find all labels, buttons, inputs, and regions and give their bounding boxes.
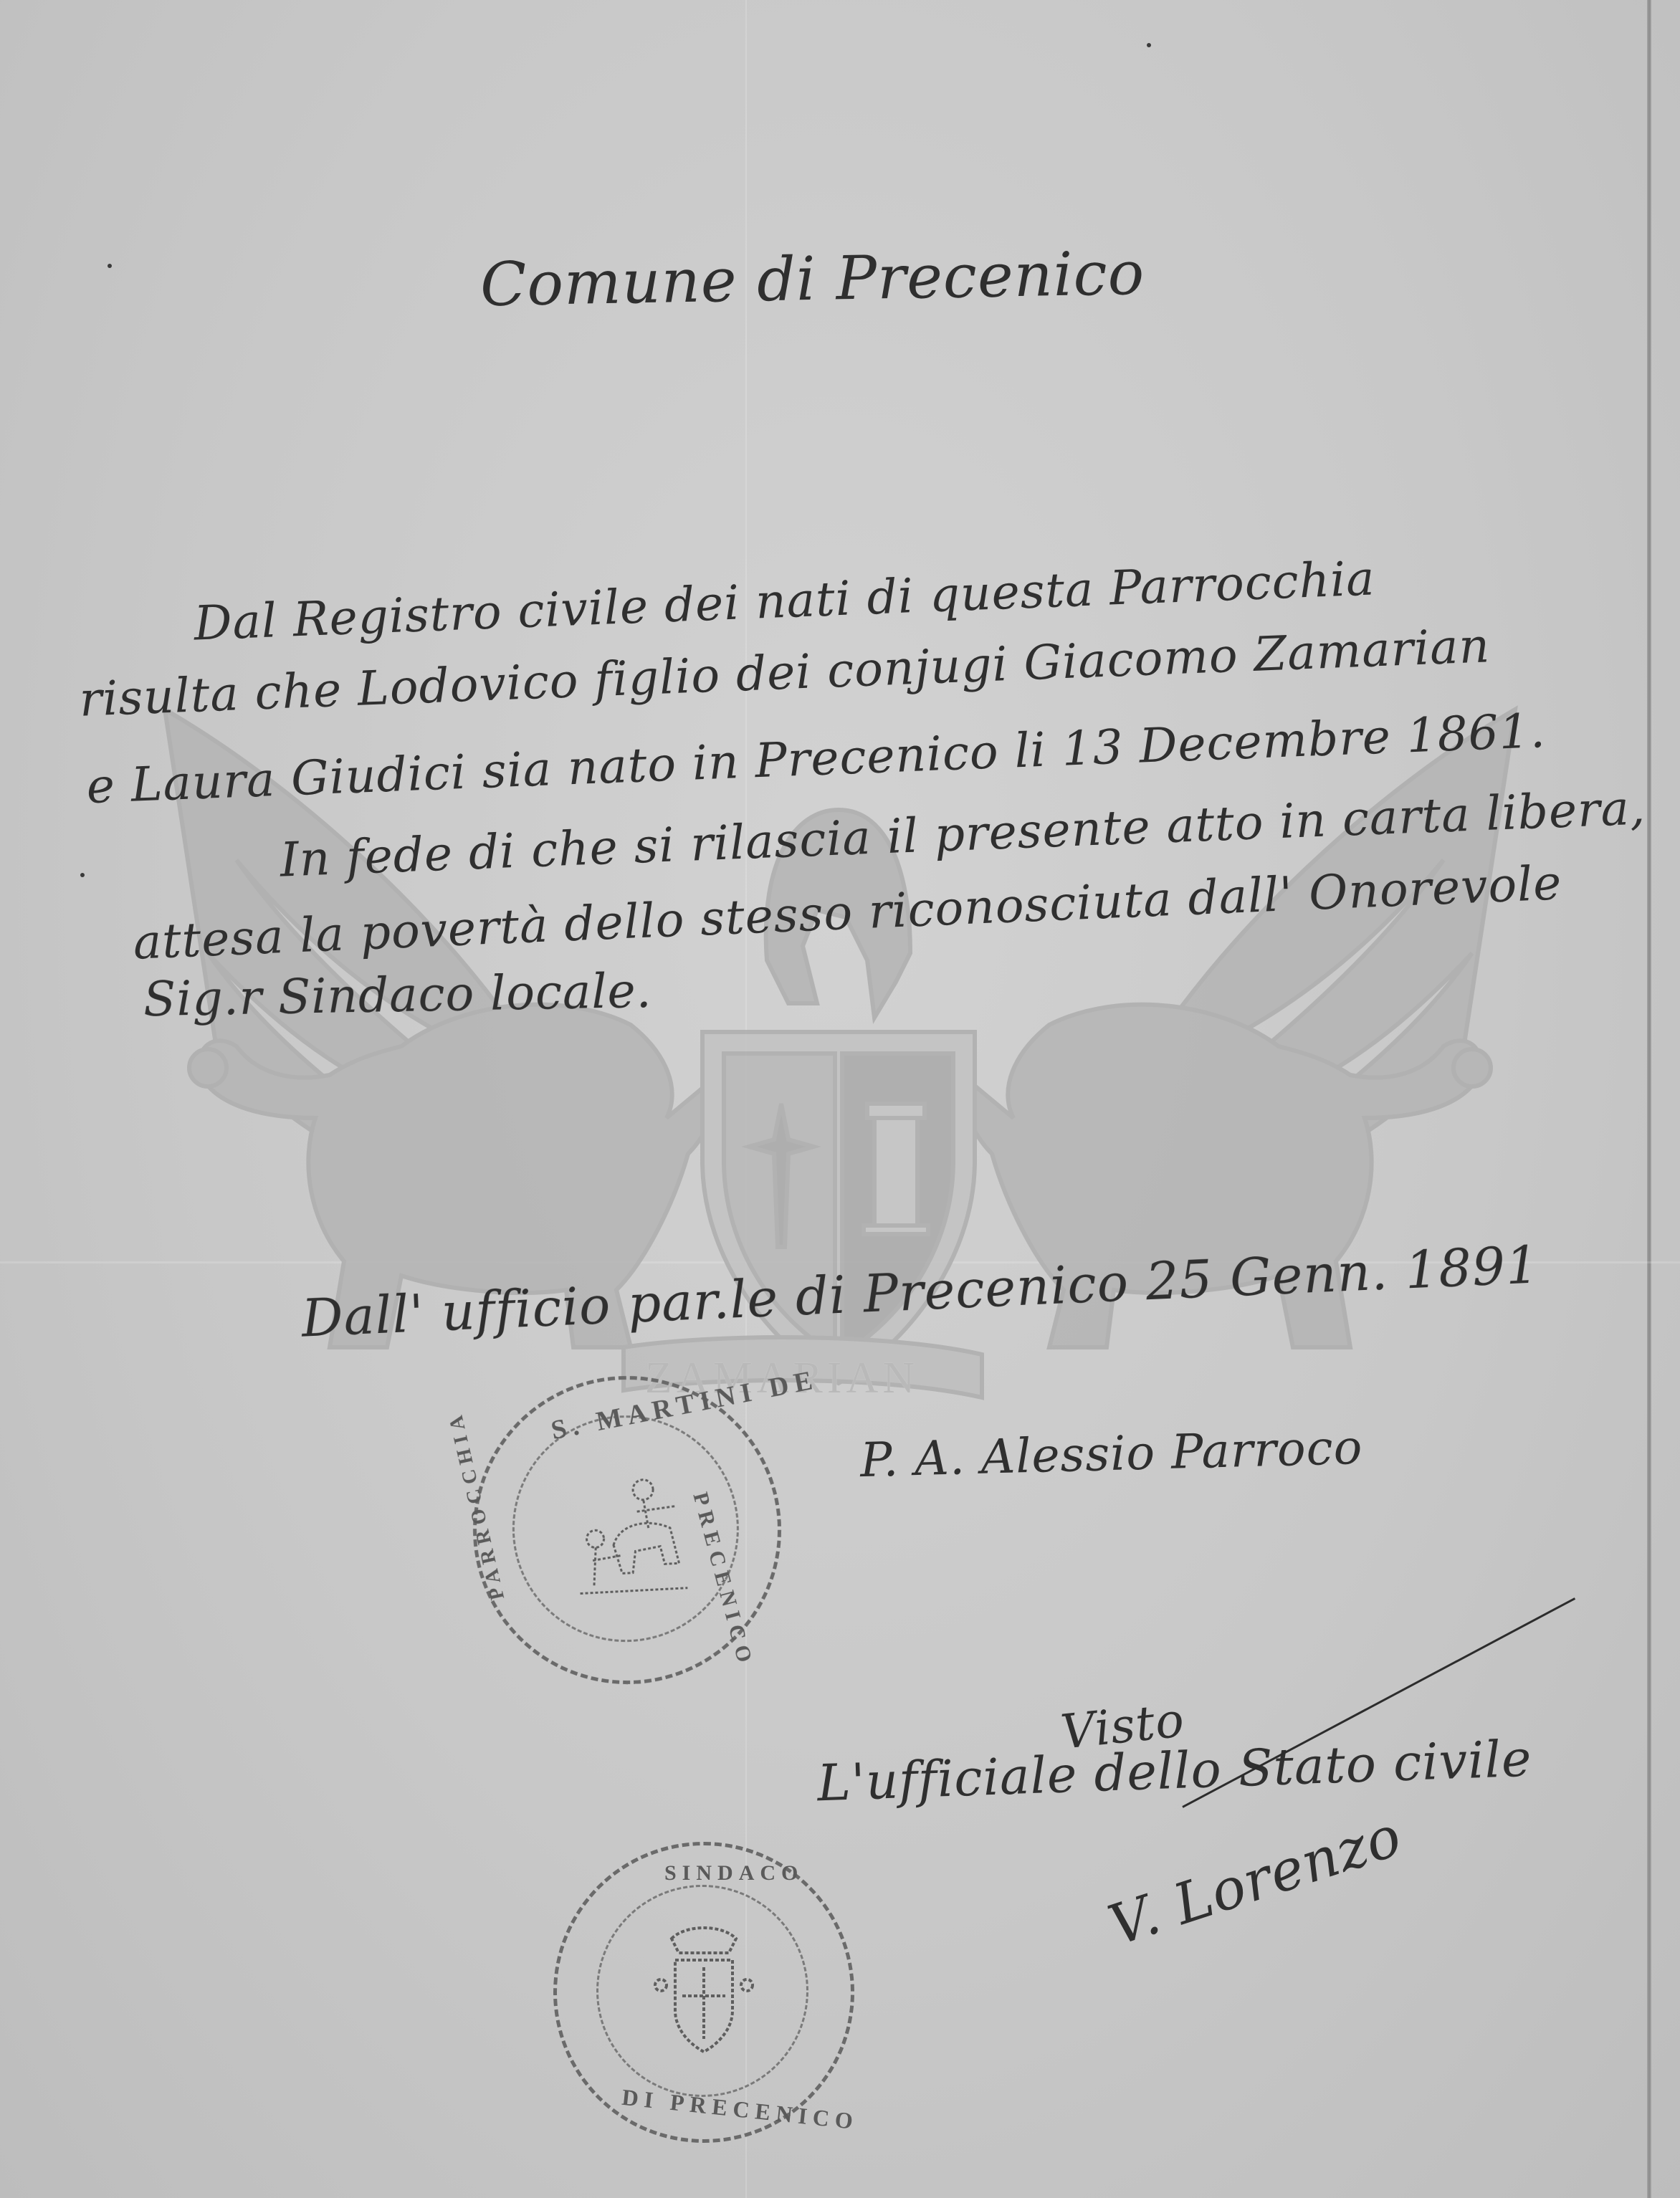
official-signature: V. Lorenzo — [1101, 1804, 1409, 1959]
ink-speck — [80, 873, 85, 877]
official-title: L'ufficiale dello Stato civile — [816, 1729, 1533, 1813]
crest-icon — [643, 1917, 765, 2060]
saint-martin-rider-icon — [566, 1455, 695, 1605]
coat-of-arms-watermark — [0, 0, 1680, 2198]
municipal-stamp-bottom-text: DI PRECENICO — [621, 2084, 860, 2135]
parish-stamp: S. MARTINI DE PRECENICO PARROCCHIA — [465, 1368, 789, 1692]
municipal-stamp: SINDACO DI PRECENICO — [553, 1842, 854, 2143]
place-date-line: Dall' ufficio par.le di Precenico 25 Gen… — [300, 1234, 1540, 1348]
document-page: ZAMARIAN Comune di Precenico Dal Registr… — [0, 0, 1680, 2198]
page-fold-edge — [1647, 0, 1651, 2198]
parish-stamp-left-text: PARROCCHIA — [444, 1408, 510, 1602]
ink-speck — [1147, 43, 1151, 47]
priest-signature: P. A. Alessio Parroco — [859, 1420, 1363, 1488]
municipal-stamp-top-text: SINDACO — [664, 1861, 803, 1886]
shield-icon — [702, 1032, 975, 1383]
ink-speck — [108, 264, 112, 268]
document-title: Comune di Precenico — [479, 238, 1145, 320]
cross-icon — [749, 1104, 813, 1247]
body-line-6: Sig.r Sindaco locale. — [143, 963, 652, 1027]
column-icon — [867, 1104, 925, 1118]
